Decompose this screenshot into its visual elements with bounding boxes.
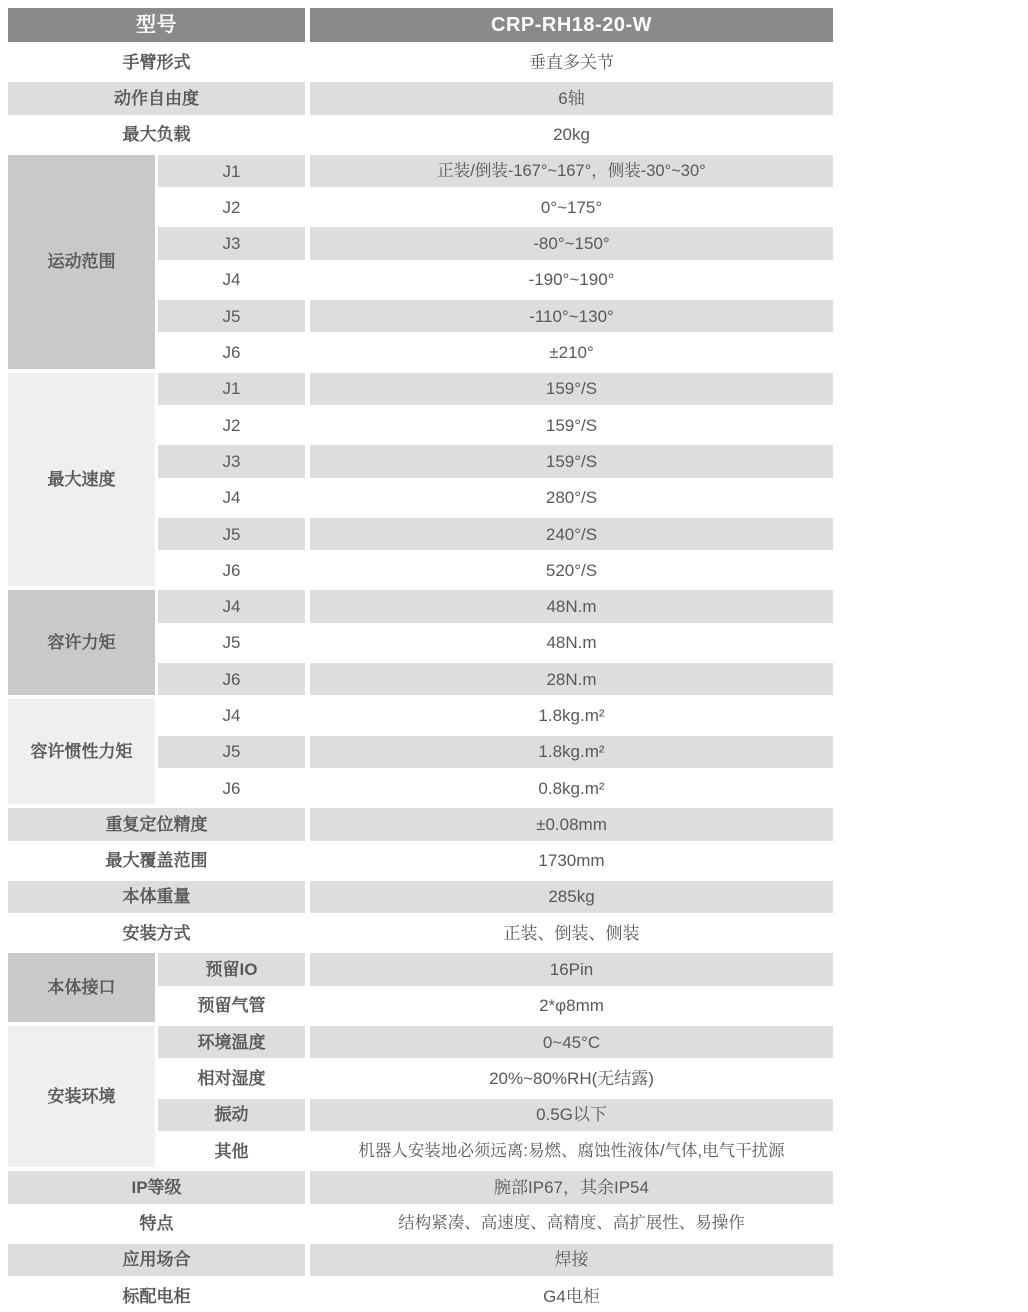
- spec-row-label: 安装方式: [8, 917, 305, 949]
- sub-label-cell: J6: [158, 663, 305, 695]
- spec-row-label: IP等级: [8, 1171, 305, 1203]
- spec-row-value: -80°~150°: [310, 227, 833, 259]
- group-cell: 容许力矩: [8, 590, 155, 695]
- spec-row-value: 159°/S: [310, 373, 833, 405]
- spec-row-value: 腕部IP67，其余IP54: [310, 1171, 833, 1203]
- spec-row-value: 520°/S: [310, 554, 833, 586]
- sub-label-cell: 预留IO: [158, 953, 305, 985]
- spec-row-label: 应用场合: [8, 1244, 305, 1276]
- spec-row-label: 最大覆盖范围: [8, 845, 305, 877]
- sub-label-cell: 预留气管: [158, 990, 305, 1022]
- spec-row-value: 159°/S: [310, 409, 833, 441]
- spec-row-label: 本体重量: [8, 881, 305, 913]
- spec-row-value: 正装、倒装、侧装: [310, 917, 833, 949]
- spec-row-value: 0°~175°: [310, 191, 833, 223]
- group-cell: 本体接口: [8, 953, 155, 1022]
- spec-row-value: 0~45°C: [310, 1026, 833, 1058]
- spec-row-value: -190°~190°: [310, 264, 833, 296]
- sub-label-cell: J3: [158, 445, 305, 477]
- spec-row-value: 6轴: [310, 82, 833, 114]
- spec-row-value: 机器人安装地必须远离:易燃、腐蚀性液体/气体,电气干扰源: [310, 1135, 833, 1167]
- spec-row-label: 动作自由度: [8, 82, 305, 114]
- spec-row-value: 正装/倒装-167°~167°，侧装-30°~30°: [310, 155, 833, 187]
- spec-row-value: -110°~130°: [310, 300, 833, 332]
- sub-label-cell: J3: [158, 227, 305, 259]
- group-cell: 运动范围: [8, 155, 155, 369]
- sub-label-cell: J5: [158, 518, 305, 550]
- sub-label-cell: J6: [158, 554, 305, 586]
- spec-row-value: ±210°: [310, 336, 833, 368]
- spec-row-value: 1730mm: [310, 845, 833, 877]
- sub-label-cell: J5: [158, 736, 305, 768]
- spec-row-label: 最大负载: [8, 119, 305, 151]
- sub-label-cell: J5: [158, 300, 305, 332]
- header-model-value: CRP-RH18-20-W: [310, 8, 833, 42]
- spec-row-value: 结构紧凑、高速度、高精度、高扩展性、易操作: [310, 1208, 833, 1240]
- spec-row-value: 1.8kg.m²: [310, 736, 833, 768]
- sub-label-cell: 振动: [158, 1099, 305, 1131]
- spec-row-value: 20%~80%RH(无结露): [310, 1062, 833, 1094]
- robot-spec-table: 型号 CRP-RH18-20-W 手臂形式垂直多关节动作自由度6轴最大负载20k…: [8, 8, 833, 1312]
- spec-row-value: 1.8kg.m²: [310, 699, 833, 731]
- spec-row-value: 28N.m: [310, 663, 833, 695]
- sub-label-cell: J4: [158, 699, 305, 731]
- spec-row-value: 焊接: [310, 1244, 833, 1276]
- sub-label-cell: 相对湿度: [158, 1062, 305, 1094]
- group-cell: 最大速度: [8, 373, 155, 587]
- sub-label-cell: J2: [158, 409, 305, 441]
- spec-row-value: ±0.08mm: [310, 808, 833, 840]
- spec-row-value: 0.5G以下: [310, 1099, 833, 1131]
- group-cell: 容许惯性力矩: [8, 699, 155, 804]
- spec-row-value: 0.8kg.m²: [310, 772, 833, 804]
- spec-row-value: 240°/S: [310, 518, 833, 550]
- sub-label-cell: J6: [158, 772, 305, 804]
- spec-row-label: 手臂形式: [8, 46, 305, 78]
- sub-label-cell: J4: [158, 482, 305, 514]
- spec-row-value: 20kg: [310, 119, 833, 151]
- sub-label-cell: J2: [158, 191, 305, 223]
- spec-row-value: 垂直多关节: [310, 46, 833, 78]
- sub-label-cell: 其他: [158, 1135, 305, 1167]
- spec-row-value: 2*φ8mm: [310, 990, 833, 1022]
- sub-label-cell: J4: [158, 590, 305, 622]
- sub-label-cell: J4: [158, 264, 305, 296]
- spec-row-value: 48N.m: [310, 590, 833, 622]
- spec-row-value: 280°/S: [310, 482, 833, 514]
- spec-row-value: 16Pin: [310, 953, 833, 985]
- sub-label-cell: 环境温度: [158, 1026, 305, 1058]
- sub-label-cell: J6: [158, 336, 305, 368]
- header-model-label: 型号: [8, 8, 305, 42]
- sub-label-cell: J5: [158, 627, 305, 659]
- spec-row-label: 标配电柜: [8, 1280, 305, 1312]
- spec-row-label: 特点: [8, 1208, 305, 1240]
- spec-row-value: 48N.m: [310, 627, 833, 659]
- sub-label-cell: J1: [158, 373, 305, 405]
- spec-row-label: 重复定位精度: [8, 808, 305, 840]
- spec-row-value: 285kg: [310, 881, 833, 913]
- sub-label-cell: J1: [158, 155, 305, 187]
- spec-row-value: G4电柜: [310, 1280, 833, 1312]
- spec-row-value: 159°/S: [310, 445, 833, 477]
- group-cell: 安装环境: [8, 1026, 155, 1167]
